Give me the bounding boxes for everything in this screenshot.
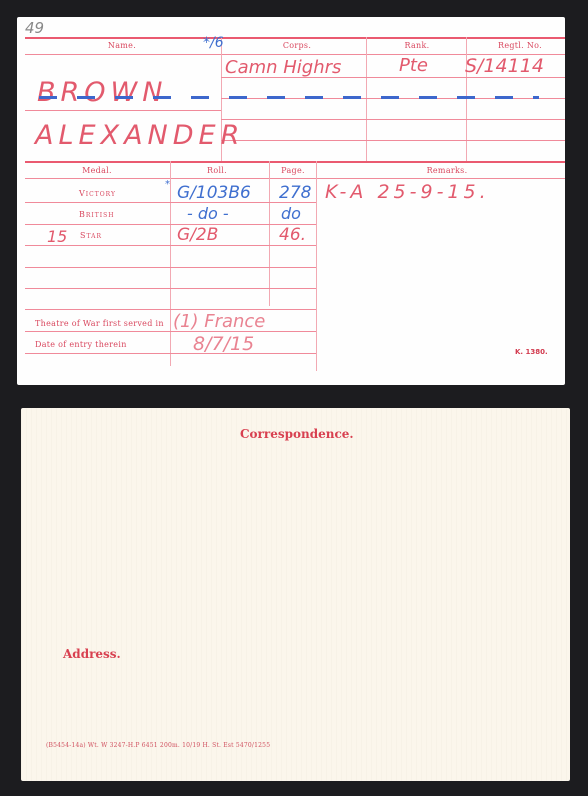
rule (25, 110, 221, 111)
page-value: 46. (279, 225, 306, 245)
medal-card-back: Correspondence. Address. (B5454-14a) Wt.… (21, 408, 570, 781)
page-value: do (281, 204, 301, 223)
header-corps: Corps. (283, 41, 311, 50)
rank-value: Pte (399, 55, 428, 76)
theatre-value: (1) France (173, 311, 265, 332)
rule (25, 331, 316, 332)
medal-label: Victory (79, 189, 116, 198)
roll-mark: * (165, 179, 170, 190)
header-rank: Rank. (404, 41, 429, 50)
divider (170, 161, 171, 366)
date-label: Date of entry therein (35, 340, 127, 349)
medal-card-front: 49 Name. Corps. Rank. Regtl. No. */6 BRO… (17, 17, 565, 385)
medal-label: Star (80, 231, 102, 240)
page-value: 278 (279, 183, 311, 203)
medal-label: British (79, 210, 114, 219)
forename: ALEXANDER (35, 120, 244, 151)
header-roll: Roll. (207, 166, 227, 175)
address-heading: Address. (63, 647, 121, 661)
ditto-dashes (39, 96, 539, 99)
divider (269, 161, 270, 306)
roll-value: G/103B6 (177, 183, 251, 203)
header-regtl-no: Regtl. No. (498, 41, 542, 50)
annotation-mark: */6 (203, 35, 224, 51)
rule (221, 119, 565, 120)
rule (25, 245, 316, 246)
rule (25, 202, 316, 203)
surname: BROWN (37, 77, 167, 108)
rule (25, 178, 565, 179)
header-remarks: Remarks. (427, 166, 468, 175)
rule (25, 37, 565, 39)
rule (25, 309, 316, 310)
header-medal: Medal. (82, 166, 112, 175)
rule (25, 288, 316, 289)
rule (25, 161, 565, 163)
correspondence-heading: Correspondence. (240, 427, 354, 441)
remarks-value: K-A 25-9-15. (325, 181, 490, 203)
corps-value: Camn Highrs (225, 57, 341, 78)
header-name: Name. (108, 41, 136, 50)
rule (25, 267, 316, 268)
regtl-no-value: S/14114 (465, 55, 544, 77)
rule (25, 224, 316, 225)
corner-pencil-mark: 49 (25, 19, 44, 37)
divider (366, 37, 367, 161)
roll-value: - do - (187, 204, 229, 223)
roll-value: G/2B (177, 225, 218, 245)
form-reference: K. 1380. (515, 348, 548, 356)
medal-prefix: 15 (47, 227, 67, 246)
theatre-label: Theatre of War first served in (35, 319, 164, 328)
header-page: Page. (281, 166, 305, 175)
rule (221, 140, 565, 141)
printer-imprint: (B5454-14a) Wt. W 3247-H.P 6451 200m. 10… (46, 742, 270, 749)
date-value: 8/7/15 (193, 333, 254, 355)
rule (25, 353, 316, 354)
divider (316, 161, 317, 371)
